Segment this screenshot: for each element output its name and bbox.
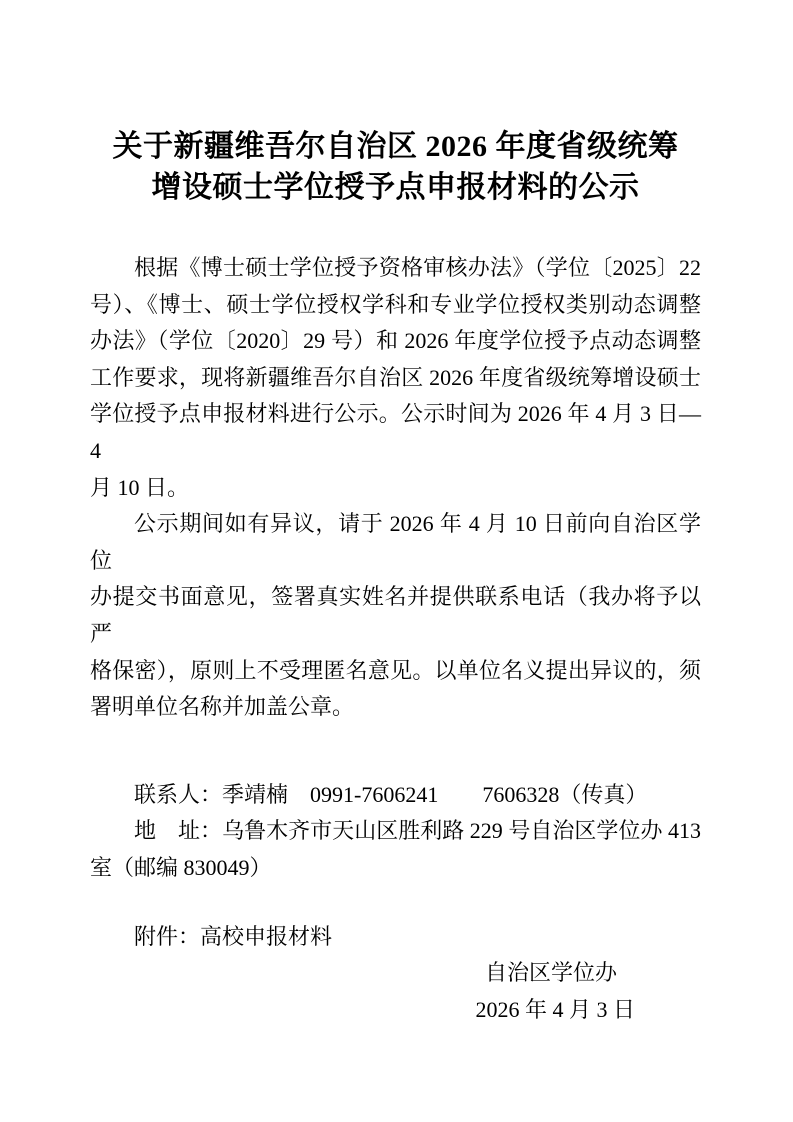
contact-line: 地 址：乌鲁木齐市天山区胜利路 229 号自治区学位办 413: [90, 813, 701, 850]
signature-date: 2026 年 4 月 3 日: [90, 992, 701, 1029]
document-content: 关于新疆维吾尔自治区 2026 年度省级统筹 增设硕士学位授予点申报材料的公示 …: [0, 126, 793, 1028]
paragraph-basis: 根据《博士硕士学位授予资格审核办法》（学位〔2025〕22号）、《博士、硕士学位…: [90, 250, 701, 506]
paragraph-basis-line: 学位授予点申报材料进行公示。公示时间为 2026 年 4 月 3 日—4: [90, 396, 701, 469]
title-line-1: 关于新疆维吾尔自治区 2026 年度省级统筹: [90, 126, 701, 167]
signature-issuer: 自治区学位办: [90, 955, 701, 992]
attachment-line: 附件：高校申报材料: [90, 919, 701, 956]
title-line-2: 增设硕士学位授予点申报材料的公示: [90, 167, 701, 208]
paragraph-basis-line: 号）、《博士、硕士学位授权学科和专业学位授权类别动态调整: [90, 287, 701, 324]
paragraph-basis-line: 办法》（学位〔2020〕29 号）和 2026 年度学位授予点动态调整: [90, 323, 701, 360]
paragraph-basis-line: 工作要求，现将新疆维吾尔自治区 2026 年度省级统筹增设硕士: [90, 360, 701, 397]
document-page: 关于新疆维吾尔自治区 2026 年度省级统筹 增设硕士学位授予点申报材料的公示 …: [0, 0, 793, 1122]
paragraph-basis-line: 月 10 日。: [90, 470, 701, 507]
paragraph-objection-line: 署明单位名称并加盖公章。: [90, 689, 701, 726]
paragraph-objection: 公示期间如有异议，请于 2026 年 4 月 10 日前向自治区学位办提交书面意…: [90, 506, 701, 726]
contact-line: 室（邮编 830049）: [90, 850, 701, 887]
paragraph-objection-line: 办提交书面意见，签署真实姓名并提供联系电话（我办将予以严: [90, 579, 701, 652]
paragraph-basis-line: 根据《博士硕士学位授予资格审核办法》（学位〔2025〕22: [90, 250, 701, 287]
contact-block: 联系人：季靖楠 0991-7606241 7606328（传真）地 址：乌鲁木齐…: [90, 777, 701, 887]
contact-line: 联系人：季靖楠 0991-7606241 7606328（传真）: [90, 777, 701, 814]
document-title: 关于新疆维吾尔自治区 2026 年度省级统筹 增设硕士学位授予点申报材料的公示: [90, 126, 701, 208]
paragraph-objection-line: 格保密），原则上不受理匿名意见。以单位名义提出异议的，须: [90, 653, 701, 690]
paragraph-objection-line: 公示期间如有异议，请于 2026 年 4 月 10 日前向自治区学位: [90, 506, 701, 579]
document-body: 根据《博士硕士学位授予资格审核办法》（学位〔2025〕22号）、《博士、硕士学位…: [90, 250, 701, 1028]
